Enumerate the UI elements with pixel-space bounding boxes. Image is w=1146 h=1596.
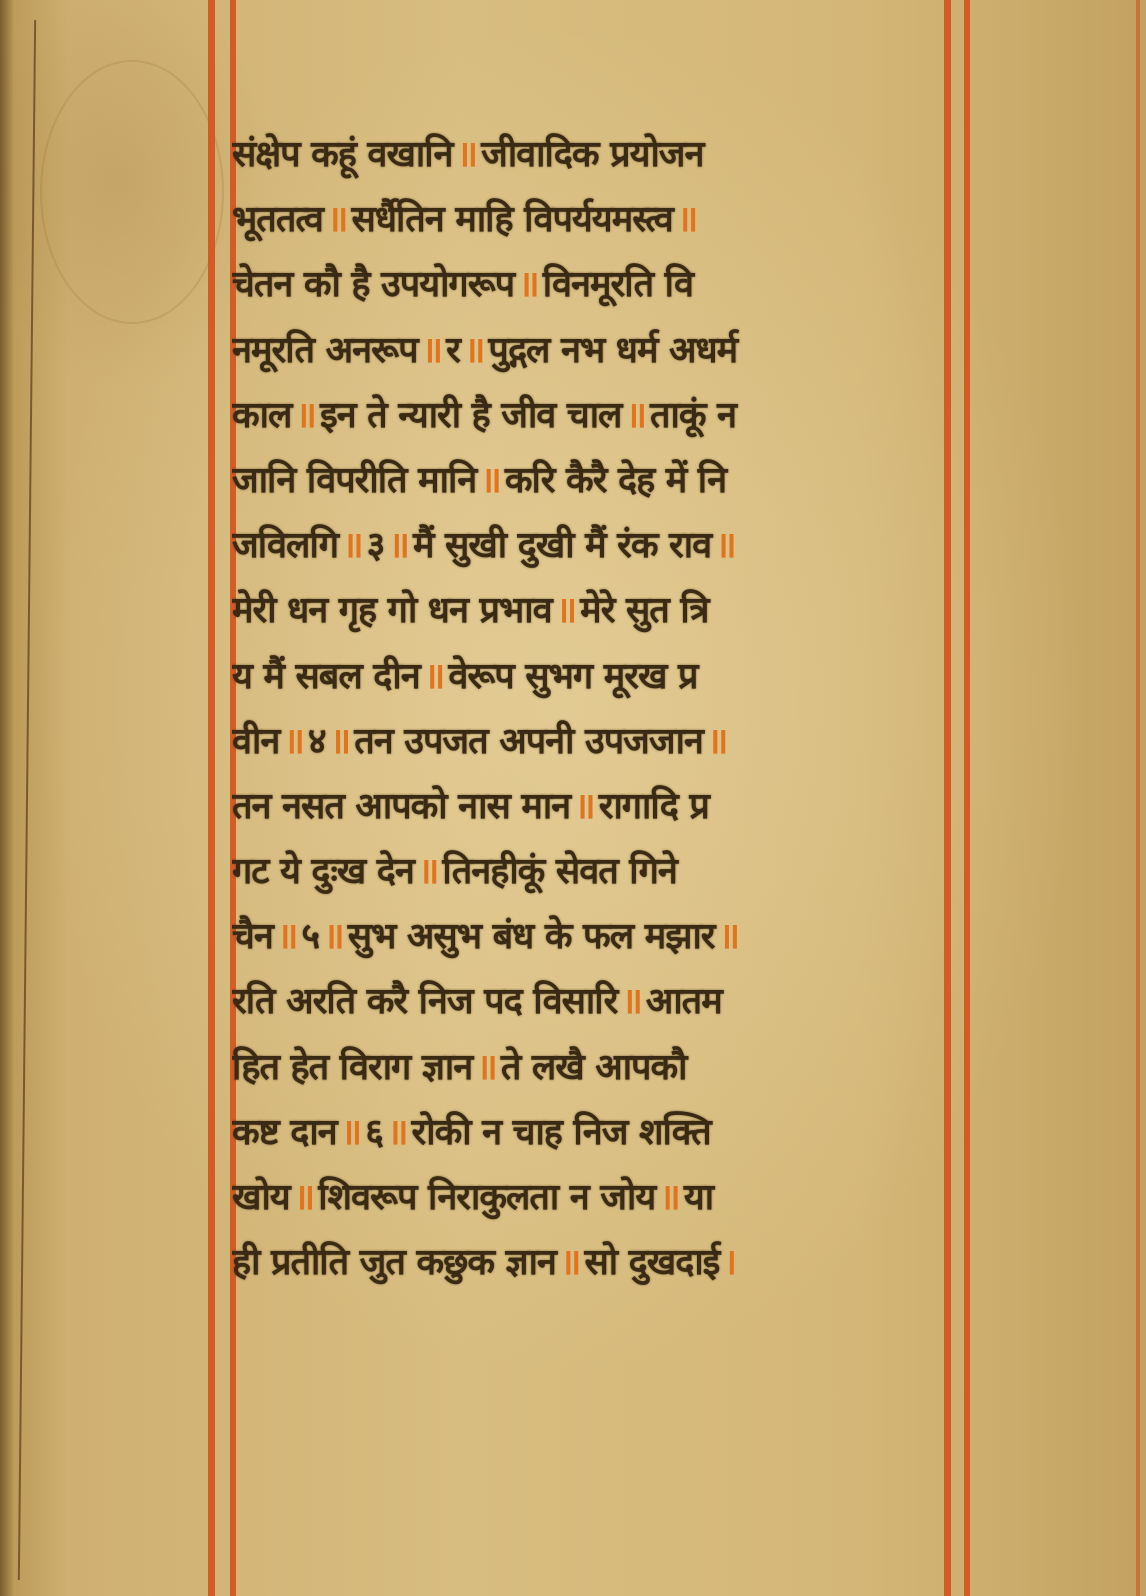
- right-margin-rule-outer: [964, 0, 970, 1596]
- danda-mark: ॥: [283, 709, 304, 774]
- danda-mark: ॥: [707, 709, 728, 774]
- text-segment: करि कैरै देह में नि: [505, 460, 726, 501]
- text-segment: जीवादिक प्रयोजन: [481, 134, 703, 175]
- text-segment: ४: [308, 721, 326, 762]
- danda-mark: ॥: [342, 513, 363, 578]
- manuscript-text-block: संक्षेप कहूं वखानि॥जीवादिक प्रयोजनभूततत्…: [232, 122, 944, 1295]
- manuscript-line: हित हेत विराग ज्ञान॥ते लखै आपकौ: [232, 1035, 944, 1100]
- text-segment: ही प्रतीति जुत कछुक ज्ञान: [232, 1242, 556, 1283]
- text-segment: हित हेत विराग ज्ञान: [232, 1047, 472, 1088]
- danda-mark: ॥: [327, 187, 348, 252]
- text-segment: भूततत्व: [232, 199, 323, 240]
- manuscript-line: य मैं सबल दीन॥वेरूप सुभग मूरख प्र: [232, 644, 944, 709]
- danda-mark: ॥: [341, 1100, 362, 1165]
- manuscript-line: ही प्रतीति जुत कछुक ज्ञान॥सो दुखदाई।: [232, 1230, 944, 1295]
- danda-mark: ।: [723, 1230, 736, 1295]
- text-segment: सर्धैतिन माहि विपर्ययमस्त्व: [351, 199, 672, 240]
- text-segment: सो दुखदाई: [584, 1242, 719, 1283]
- text-segment: जविलगि: [232, 525, 338, 566]
- text-segment: चैन: [232, 916, 273, 957]
- text-segment: रति अरति करै निज पद विसारि: [232, 981, 617, 1022]
- danda-mark: ॥: [294, 1165, 315, 1230]
- text-segment: ताकूं न: [650, 395, 736, 436]
- text-segment: वेरूप सुभग मूरख प्र: [448, 656, 697, 697]
- danda-mark: ॥: [388, 513, 409, 578]
- danda-mark: ॥: [621, 969, 642, 1034]
- text-segment: आतम: [646, 981, 722, 1022]
- manuscript-line: चेतन कौ है उपयोगरूप॥विनमूरति वि: [232, 252, 944, 317]
- page-crease: [18, 20, 36, 1580]
- manuscript-line: जानि विपरीति मानि॥करि कैरै देह में नि: [232, 448, 944, 513]
- left-margin-rule-outer: [208, 0, 215, 1596]
- text-segment: सुभ असुभ बंध के फल मझार: [348, 916, 715, 957]
- manuscript-line: संक्षेप कहूं वखानि॥जीवादिक प्रयोजन: [232, 122, 944, 187]
- text-segment: तिनहीकूं सेवत गिने: [442, 851, 676, 892]
- right-margin-rule-inner: [944, 0, 951, 1596]
- water-stain: [40, 60, 224, 324]
- text-segment: शिवरूप निराकुलता न जोय: [318, 1177, 655, 1218]
- text-segment: मेरे सुत त्रि: [580, 590, 708, 631]
- manuscript-line: चैन॥५॥सुभ असुभ बंध के फल मझार॥: [232, 904, 944, 969]
- text-segment: य मैं सबल दीन: [232, 656, 420, 697]
- danda-mark: ॥: [659, 1165, 680, 1230]
- manuscript-line: मेरी धन गृह गो धन प्रभाव॥मेरे सुत त्रि: [232, 578, 944, 643]
- manuscript-line: भूततत्व॥सर्धैतिन माहि विपर्ययमस्त्व॥: [232, 187, 944, 252]
- manuscript-line: तन नसत आपको नास मान॥रागादि प्र: [232, 774, 944, 839]
- danda-mark: ॥: [480, 448, 501, 513]
- text-segment: मैं सुखी दुखी मैं रंक राव: [413, 525, 711, 566]
- danda-mark: ॥: [387, 1100, 408, 1165]
- text-segment: ५: [301, 916, 319, 957]
- danda-mark: ॥: [715, 513, 736, 578]
- text-segment: काल: [232, 395, 291, 436]
- text-segment: संक्षेप कहूं वखानि: [232, 134, 453, 175]
- manuscript-line: गट ये दुःख देन॥तिनहीकूं सेवत गिने: [232, 839, 944, 904]
- text-segment: तन उपजत अपनी उपजजान: [354, 721, 703, 762]
- danda-mark: ॥: [277, 904, 298, 969]
- binding-shadow: [0, 0, 14, 1596]
- text-segment: मेरी धन गृह गो धन प्रभाव: [232, 590, 552, 631]
- text-segment: ६: [365, 1112, 383, 1153]
- danda-mark: ॥: [418, 839, 439, 904]
- danda-mark: ॥: [295, 383, 316, 448]
- manuscript-line: जविलगि॥३॥मैं सुखी दुखी मैं रंक राव॥: [232, 513, 944, 578]
- text-segment: पुद्गल नभ धर्म अधर्म: [488, 330, 737, 371]
- danda-mark: ॥: [330, 709, 351, 774]
- text-segment: तन नसत आपको नास मान: [232, 786, 570, 827]
- manuscript-line: रति अरति करै निज पद विसारि॥आतम: [232, 969, 944, 1034]
- text-segment: ३: [367, 525, 385, 566]
- danda-mark: ॥: [518, 252, 539, 317]
- manuscript-line: काल॥इन ते न्यारी है जीव चाल॥ताकूं न: [232, 383, 944, 448]
- danda-mark: ॥: [476, 1035, 497, 1100]
- danda-mark: ॥: [422, 318, 443, 383]
- text-segment: रोकी न चाह निज शक्ति: [412, 1112, 711, 1153]
- text-segment: कष्ट दान: [232, 1112, 337, 1153]
- text-segment: वीन: [232, 721, 279, 762]
- danda-mark: ॥: [464, 318, 485, 383]
- text-segment: रागादि प्र: [599, 786, 709, 827]
- page-edge-rule: [1136, 0, 1140, 1596]
- text-segment: या: [684, 1177, 713, 1218]
- text-segment: इन ते न्यारी है जीव चाल: [320, 395, 621, 436]
- danda-mark: ॥: [323, 904, 344, 969]
- danda-mark: ॥: [677, 187, 698, 252]
- manuscript-line: नमूरति अनरूप॥र॥पुद्गल नभ धर्म अधर्म: [232, 318, 944, 383]
- text-segment: ते लखै आपकौ: [501, 1047, 687, 1088]
- text-segment: नमूरति अनरूप: [232, 330, 418, 371]
- danda-mark: ॥: [574, 774, 595, 839]
- text-segment: जानि विपरीति मानि: [232, 460, 476, 501]
- text-segment: चेतन कौ है उपयोगरूप: [232, 264, 514, 305]
- danda-mark: ॥: [719, 904, 740, 969]
- manuscript-line: वीन॥४॥तन उपजत अपनी उपजजान॥: [232, 709, 944, 774]
- manuscript-line: खोय॥शिवरूप निराकुलता न जोय॥या: [232, 1165, 944, 1230]
- text-segment: खोय: [232, 1177, 290, 1218]
- danda-mark: ॥: [556, 578, 577, 643]
- text-segment: गट ये दुःख देन: [232, 851, 414, 892]
- danda-mark: ॥: [424, 644, 445, 709]
- danda-mark: ॥: [457, 122, 478, 187]
- danda-mark: ॥: [625, 383, 646, 448]
- text-segment: र: [446, 330, 460, 371]
- manuscript-page: संक्षेप कहूं वखानि॥जीवादिक प्रयोजनभूततत्…: [0, 0, 1146, 1596]
- danda-mark: ॥: [560, 1230, 581, 1295]
- manuscript-line: कष्ट दान॥६॥रोकी न चाह निज शक्ति: [232, 1100, 944, 1165]
- text-segment: विनमूरति वि: [543, 264, 693, 305]
